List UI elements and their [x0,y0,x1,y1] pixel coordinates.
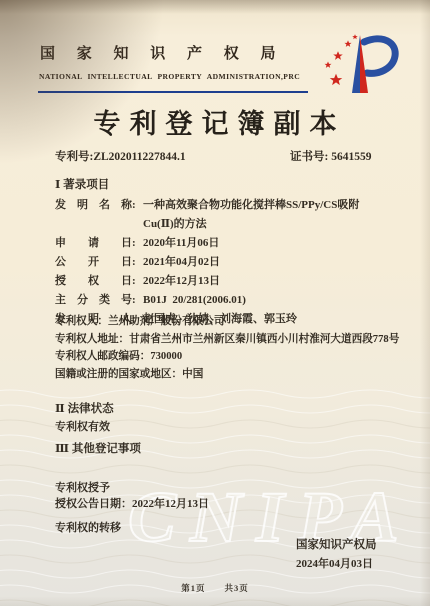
transfer-heading: 专利权的转移 [55,519,121,535]
row-value: B01J 20/281(2006.01) [143,291,410,310]
row-value: 2020年11月06日 [143,234,410,253]
row-label: 主 分 类 号: [55,291,143,310]
agency-name-cn: 国 家 知 识 产 权 局 [40,42,285,63]
certificate-number-label: 证书号: [290,151,331,163]
patentee-name: 专利权人：兰州助剂厂股份有限公司 [55,313,405,331]
patentee-info: 专利权人：兰州助剂厂股份有限公司 专利权人地址：甘肃省兰州市兰州新区秦川镇西小川… [55,313,405,383]
row-value: 一种高效聚合物功能化搅拌棒SS/PPy/CS吸附 Cu(Ⅱ)的方法 [143,196,410,234]
cnipa-logo-icon [322,33,402,97]
certificate-number: 证书号: 5641559 [290,148,371,164]
biblio-row-filing-date: 申 请 日: 2020年11月06日 [55,234,410,253]
certificate-number-value: 5641559 [331,151,371,163]
row-label: 申 请 日: [55,234,143,253]
patent-register-document: CNIPA 国 家 知 识 产 权 局 NATIONAL INTELLECTUA… [0,0,430,606]
document-title: 专利登记簿副本 [0,102,430,141]
biblio-row-invention-title: 发 明 名 称: 一种高效聚合物功能化搅拌棒SS/PPy/CS吸附 Cu(Ⅱ)的… [55,196,410,234]
biblio-row-main-class: 主 分 类 号: B01J 20/281(2006.01) [55,291,410,310]
issuer-block: 国家知识产权局 2024年04月03日 [296,536,377,571]
patent-number-value: ZL202011227844.1 [93,151,185,163]
page-number: 第1页 共3页 [0,582,430,594]
section-2-heading: Ⅱ 法律状态 [55,400,114,416]
patent-number: 专利号:ZL202011227844.1 [55,148,186,164]
issue-date: 2024年04月03日 [296,555,377,571]
patentee-address: 专利权人地址：甘肃省兰州市兰州新区秦川镇西小川村淮河大道西段778号 [55,331,405,349]
header-rule [38,91,308,93]
agency-name-en: NATIONAL INTELLECTUAL PROPERTY ADMINISTR… [39,72,300,81]
grant-heading: 专利权授予 [55,479,110,495]
patent-number-label: 专利号: [55,151,93,163]
row-label: 发 明 名 称: [55,196,143,234]
row-label: 公 开 日: [55,253,143,272]
issuer-agency: 国家知识产权局 [296,536,377,552]
section-3-heading: Ⅲ 其他登记事项 [55,440,141,456]
biblio-row-publication-date: 公 开 日: 2021年04月02日 [55,253,410,272]
row-label: 授 权 日: [55,272,143,291]
row-value: 2021年04月02日 [143,253,410,272]
biblio-row-grant-date: 授 权 日: 2022年12月13日 [55,272,410,291]
section-1-heading: Ⅰ 著录项目 [55,176,109,192]
legal-status: 专利权有效 [55,418,110,434]
patentee-country: 国籍或注册的国家或地区：中国 [55,366,405,384]
grant-announcement-date: 授权公告日期：2022年12月13日 [55,495,209,511]
patentee-postcode: 专利权人邮政编码：730000 [55,348,405,366]
row-value: 2022年12月13日 [143,272,410,291]
bibliographic-items: 发 明 名 称: 一种高效聚合物功能化搅拌棒SS/PPy/CS吸附 Cu(Ⅱ)的… [55,196,410,329]
